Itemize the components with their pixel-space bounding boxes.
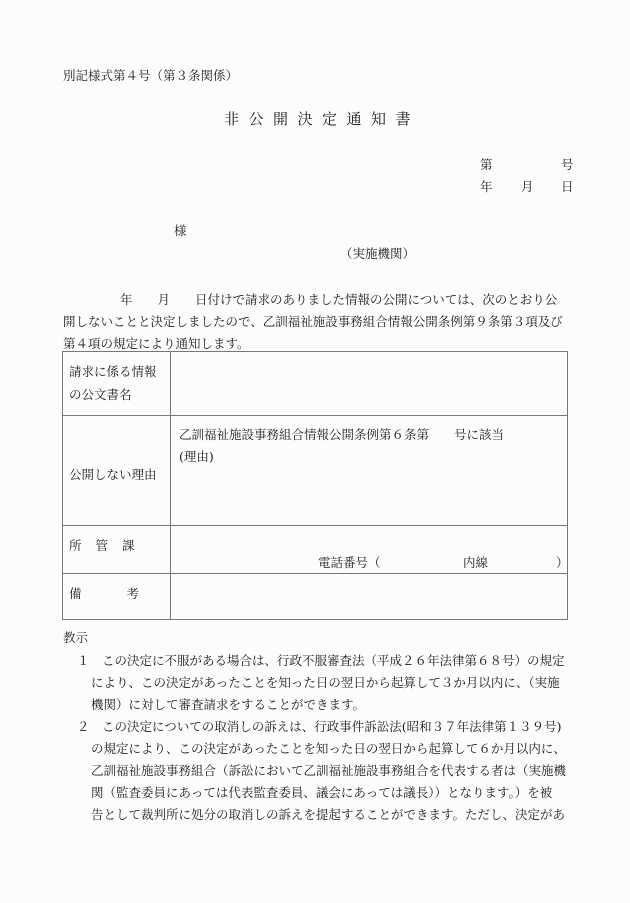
instruction-line: １ この決定に不服がある場合は、行政不服審査法（平成２６年法律第６８号）の規定	[63, 650, 578, 672]
reason-field[interactable]: 乙訓福祉施設事務組合情報公開条例第６条第 号に該当 (理由)	[171, 416, 568, 526]
instruction-line: 関（監査委員にあっては代表監査委員、議会にあっては議長））となります。）を被	[63, 782, 578, 804]
close-paren: ）	[556, 552, 569, 574]
label-part: 備	[69, 586, 82, 601]
instruction-line: 機関）に対して審査請求をすることができます。	[63, 694, 578, 716]
body-line: 年 月 日付けで請求のありました情報の公開については、次のとおり公	[63, 289, 573, 311]
row-label: 請求に係る情報 の公文書名	[63, 352, 171, 416]
extension-label: 内線	[463, 552, 488, 574]
remarks-field[interactable]	[171, 574, 568, 620]
label-part: 考	[127, 586, 140, 601]
form-identifier: 別記様式第４号（第３条関係）	[63, 66, 238, 84]
phone-line: 電話番号（ 内線 ）	[318, 552, 381, 574]
instructions-list: １ この決定に不服がある場合は、行政不服審査法（平成２６年法律第６８号）の規定 …	[63, 650, 578, 826]
document-title: 非公開決定通知書	[224, 108, 420, 129]
document-name-field[interactable]	[171, 352, 568, 416]
instruction-line: ２ この決定についての取消しの訴えは、行政事件訴訟法(昭和３７年法律第１３９号)	[63, 716, 578, 738]
label-line: 請求に係る情報	[69, 360, 170, 383]
notice-body: 年 月 日付けで請求のありました情報の公開については、次のとおり公 開しないこと…	[63, 289, 573, 355]
issuer: （実施機関）	[340, 244, 415, 262]
instruction-heading: 教示	[63, 628, 88, 646]
table-row-document-name: 請求に係る情報 の公文書名	[63, 352, 568, 416]
department-field[interactable]: 電話番号（ 内線 ）	[171, 526, 568, 574]
instruction-line: の規定により、この決定があったことを知った日の翌日から起算して６か月以内に、	[63, 738, 578, 760]
number-suffix: 号	[561, 155, 574, 173]
body-line: 開しないことと決定しましたので、乙訓福祉施設事務組合情報公開条例第９条第３項及び	[63, 311, 573, 333]
number-prefix: 第	[480, 155, 493, 173]
table-row-reason: 公開しない理由 乙訓福祉施設事務組合情報公開条例第６条第 号に該当 (理由)	[63, 416, 568, 526]
table-row-remarks: 備考	[63, 574, 568, 620]
instruction-line: 乙訓福祉施設事務組合（訴訟において乙訓福祉施設事務組合を代表する者は（実施機	[63, 760, 578, 782]
instruction-line: により、この決定があったことを知った日の翌日から起算して３か月以内に、（実施	[63, 672, 578, 694]
instruction-line: 告として裁判所に処分の取消しの訴えを提起することができます。ただし、決定があ	[63, 804, 578, 826]
label-line: の公文書名	[69, 383, 170, 406]
date-year: 年	[480, 177, 493, 195]
date-day: 日	[561, 177, 574, 195]
row-label: 所管課	[63, 526, 171, 574]
table-row-department: 所管課 電話番号（ 内線 ）	[63, 526, 568, 574]
ordinance-clause: 乙訓福祉施設事務組合情報公開条例第６条第 号に該当	[179, 424, 567, 446]
row-label: 備考	[63, 574, 171, 620]
phone-label: 電話番号（	[318, 555, 381, 570]
row-label: 公開しない理由	[63, 416, 171, 526]
reason-heading: (理由)	[179, 446, 567, 468]
addressee: 様	[174, 221, 187, 239]
date-month: 月	[521, 177, 534, 195]
notice-form-table: 請求に係る情報 の公文書名 公開しない理由 乙訓福祉施設事務組合情報公開条例第６…	[62, 351, 568, 620]
